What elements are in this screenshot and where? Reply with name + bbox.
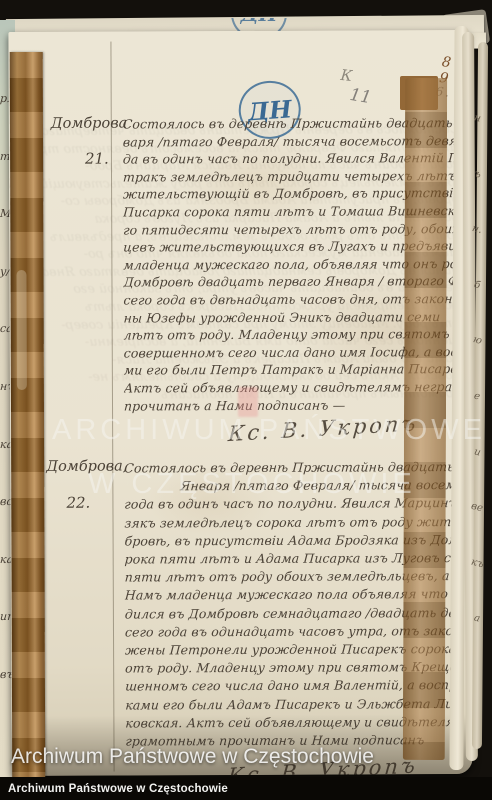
archival-scan-viewport: ДН ря/талоМалу/ жсанъ фкавокарьитавъ Сос… xyxy=(0,0,492,800)
binding-tape-left xyxy=(10,52,46,778)
archive-caption-overlay: Archiwum Państwowe w Częstochowie xyxy=(11,745,374,769)
handwritten-line: н xyxy=(472,109,483,128)
archive-watermark-line1: ARCHIWUM PAŃSTWOWE xyxy=(52,414,486,447)
handwritten-line: б xyxy=(472,276,482,295)
pencil-letter-mark: К xyxy=(340,66,353,85)
handwritten-line: ю xyxy=(471,332,484,351)
edge-scribble-marks: нън.бюеивекъа xyxy=(466,110,488,628)
handwritten-line: е xyxy=(472,388,482,407)
pencil-note-mark: 11 xyxy=(348,85,373,108)
record-21-margin-place: Домброва xyxy=(51,115,128,131)
record-22-margin-number: 22. xyxy=(66,494,90,512)
record-21-margin-number: 21. xyxy=(85,150,109,168)
handwritten-line: н. xyxy=(470,220,484,239)
handwritten-line: ъ xyxy=(472,165,483,184)
stamp-monogram-text: ДН xyxy=(241,18,278,26)
archive-footer-text: Archiwum Państwowe w Częstochowie xyxy=(0,783,228,795)
handwritten-line: ве xyxy=(469,498,485,518)
pink-residue-stain xyxy=(238,387,258,417)
handwritten-line: къ xyxy=(469,553,486,573)
archive-watermark-line2: W CZĘSTOCHOWIE xyxy=(88,468,416,501)
handwritten-line: а xyxy=(472,610,482,629)
margin-rule-line xyxy=(110,42,114,772)
archive-footer-bar: Archiwum Państwowe w Częstochowie xyxy=(0,777,492,800)
